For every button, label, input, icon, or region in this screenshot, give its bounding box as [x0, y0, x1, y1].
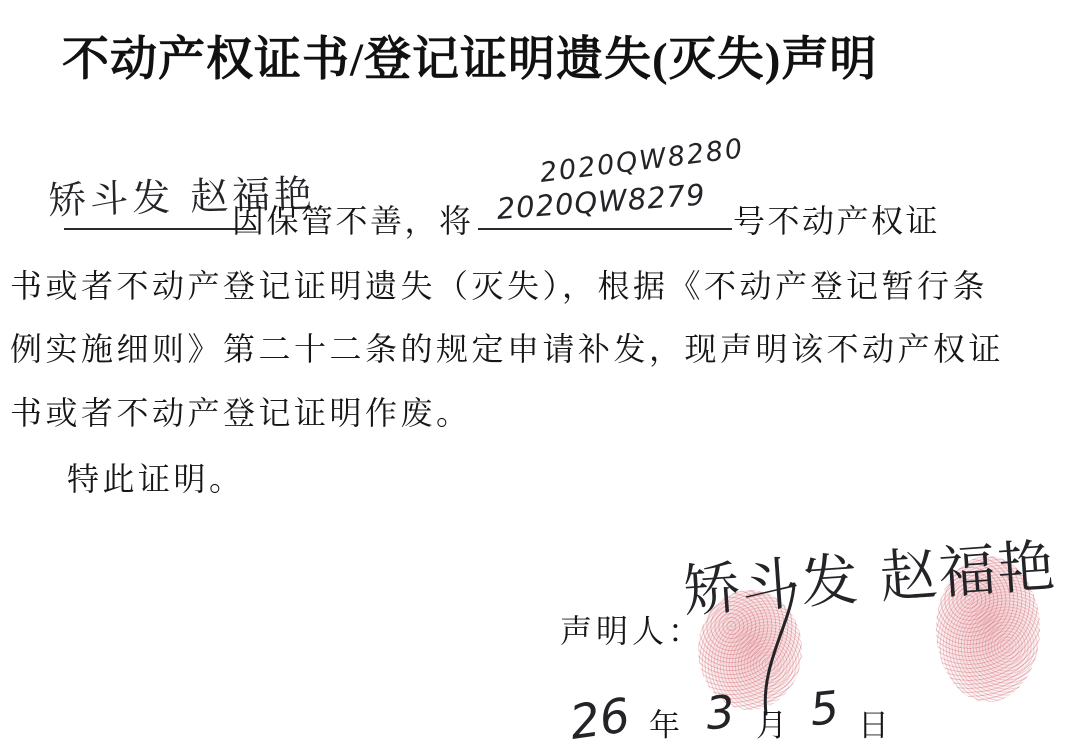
body-line2: 书或者不动产登记证明遗失（灭失），根据《不动产登记暂行条 [10, 261, 988, 307]
date-day-label: 日 [858, 700, 889, 745]
signature-pen-flourish [742, 582, 812, 717]
closing-statement: 特此证明。 [67, 454, 245, 500]
body-line4: 书或者不动产登记证明作废。 [10, 388, 472, 434]
date-month-handwritten: 3 [704, 685, 737, 740]
scanned-declaration-document: 不动产权证书/登记证明遗失(灭失)声明 矫斗发 赵福艳 因保管不善，将 2020… [0, 0, 1082, 753]
body-line1-suffix: 号不动产权证 [733, 196, 940, 242]
body-line1-text: 因保管不善，将 [232, 196, 474, 242]
date-year-handwritten: 26 [566, 688, 633, 751]
date-month-label: 月 [756, 700, 787, 745]
date-day-handwritten: 5 [807, 681, 841, 737]
document-title: 不动产权证书/登记证明遗失(灭失)声明 [62, 22, 912, 89]
date-year-label: 年 [649, 700, 680, 745]
body-line3: 例实施细则》第二十二条的规定申请补发，现声明该不动产权证 [10, 324, 1004, 370]
declarant-label: 声明人： [560, 606, 704, 652]
